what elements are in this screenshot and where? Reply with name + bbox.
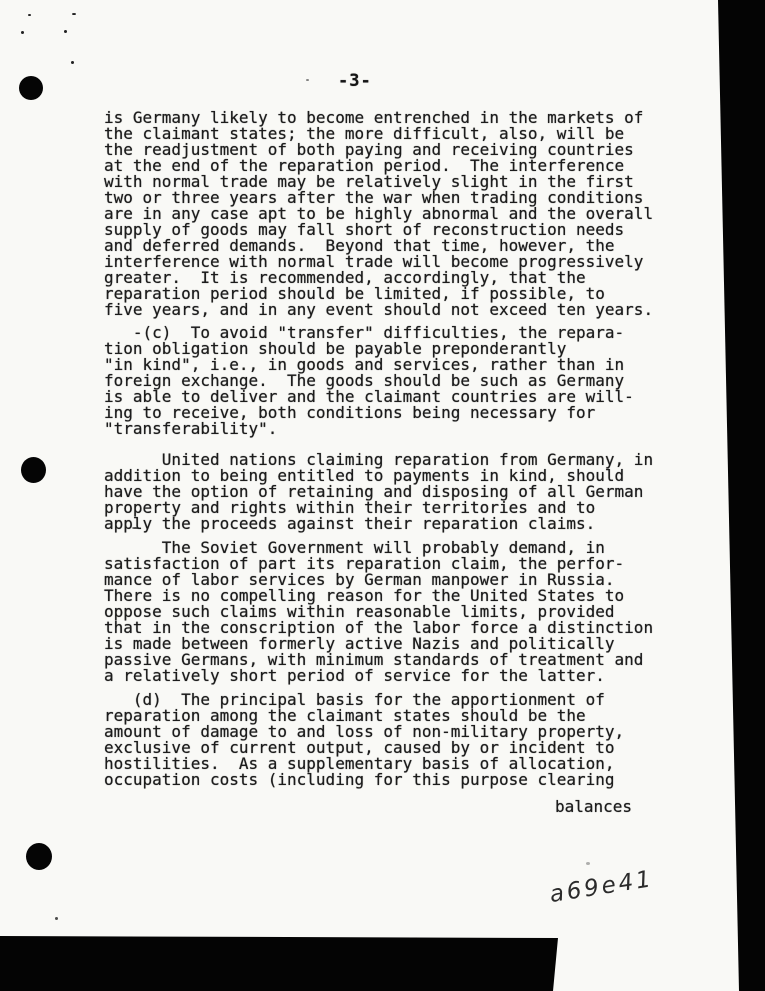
punch-hole <box>21 457 46 483</box>
ink-speck <box>586 862 590 865</box>
ink-speck <box>55 917 58 920</box>
catchword: balances <box>555 799 632 815</box>
ink-speck <box>64 30 67 33</box>
ink-speck <box>28 14 31 16</box>
document-body: is Germany likely to become entrenched i… <box>104 110 674 788</box>
handwritten-note: a69e41 <box>548 866 656 908</box>
paragraph-c: -(c) To avoid "transfer" difficulties, t… <box>104 325 674 437</box>
paragraph-d: (d) The principal basis for the apportio… <box>104 692 674 788</box>
ink-speck <box>21 31 24 34</box>
paragraph: is Germany likely to become entrenched i… <box>104 110 674 318</box>
scan-edge-right <box>712 0 765 991</box>
page-number: -3- <box>338 71 372 91</box>
ink-speck <box>72 13 76 15</box>
paragraph: United nations claiming reparation from … <box>104 452 674 532</box>
ink-speck <box>306 79 309 81</box>
punch-hole <box>26 843 52 870</box>
ink-speck <box>71 61 74 64</box>
scan-edge-bottom <box>0 935 558 991</box>
punch-hole <box>19 76 43 100</box>
paragraph: The Soviet Government will probably dema… <box>104 540 674 684</box>
ink-speck <box>132 527 139 529</box>
scanned-document-page: -3- is Germany likely to become entrench… <box>0 0 765 991</box>
